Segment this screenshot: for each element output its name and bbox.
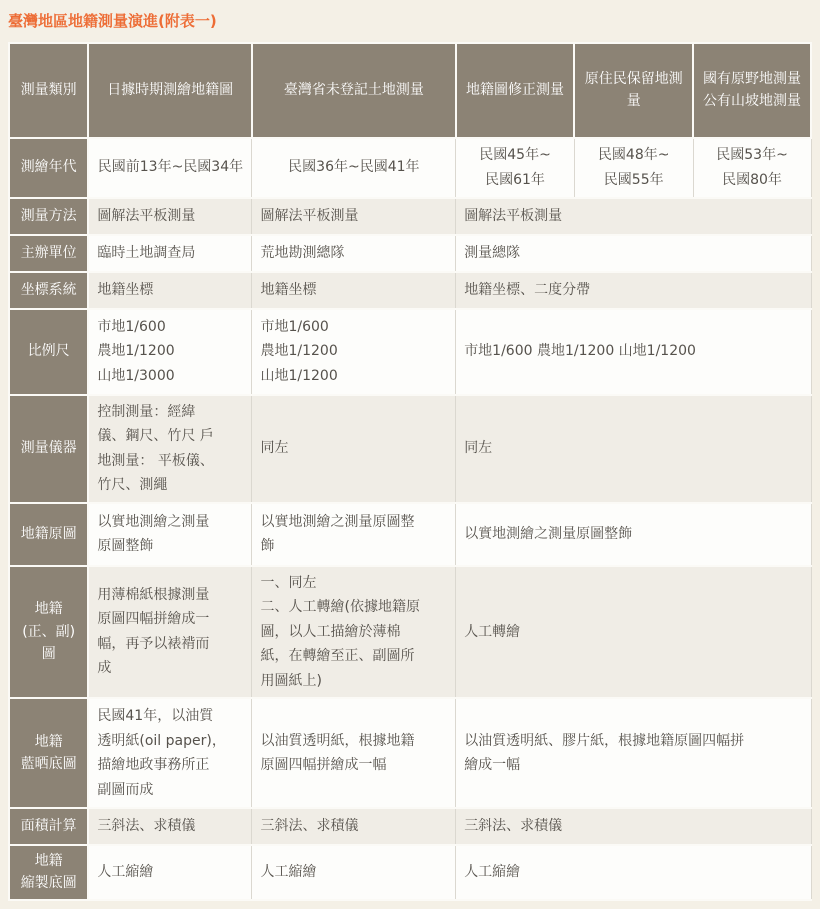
column-header-indigenous-reserve: 原住民保留地測量 bbox=[574, 43, 693, 138]
cell: 控制測量：經緯 儀、鋼尺、竹尺 戶 地測量： 平板儀、 竹尺、測繩 bbox=[88, 395, 252, 503]
table-row-cadastral-maps: 地籍 (正、副) 圖 用薄棉紙根據測量 原圖四幅拼繪成一 幅，再予以裱褙而 成 … bbox=[9, 566, 811, 699]
table-row-original-map: 地籍原圖 以實地測繪之測量 原圖整飾 以實地測繪之測量原圖整 飾 以實地測繪之測… bbox=[9, 503, 811, 566]
cell: 以實地測繪之測量 原圖整飾 bbox=[88, 503, 252, 566]
table-row-instruments: 測量儀器 控制測量：經緯 儀、鋼尺、竹尺 戶 地測量： 平板儀、 竹尺、測繩 同… bbox=[9, 395, 811, 503]
cell: 地籍坐標 bbox=[252, 272, 456, 309]
cell: 以油質透明紙、膠片紙，根據地籍原圖四幅拼 繪成一幅 bbox=[456, 698, 811, 808]
cell: 同左 bbox=[252, 395, 456, 503]
table-row-coordinate-system: 坐標系統 地籍坐標 地籍坐標 地籍坐標、二度分帶 bbox=[9, 272, 811, 309]
header-row: 測量類別 日據時期測繪地籍圖 臺灣省未登記土地測量 地籍圖修正測量 原住民保留地… bbox=[9, 43, 811, 138]
cell: 民國36年~民國41年 bbox=[252, 138, 456, 198]
cell: 地籍坐標 bbox=[88, 272, 252, 309]
cell: 測量總隊 bbox=[456, 235, 811, 272]
row-label: 地籍 縮製底圖 bbox=[9, 845, 88, 900]
column-header-category: 測量類別 bbox=[9, 43, 88, 138]
page-title: 臺灣地區地籍測量演進(附表一) bbox=[8, 12, 812, 32]
cell: 民國53年~ 民國80年 bbox=[693, 138, 811, 198]
cell: 荒地勘測總隊 bbox=[252, 235, 456, 272]
cell: 三斜法、求積儀 bbox=[456, 808, 811, 845]
row-label: 主辦單位 bbox=[9, 235, 88, 272]
cell: 人工縮繪 bbox=[88, 845, 252, 900]
cell: 人工縮繪 bbox=[252, 845, 456, 900]
cell: 以油質透明紙，根據地籍 原圖四幅拼繪成一幅 bbox=[252, 698, 456, 808]
cell: 市地1/600 農地1/1200 山地1/3000 bbox=[88, 309, 252, 395]
cell: 人工縮繪 bbox=[456, 845, 811, 900]
table-row-organizer: 主辦單位 臨時土地調查局 荒地勘測總隊 測量總隊 bbox=[9, 235, 811, 272]
cell: 市地1/600 農地1/1200 山地1/1200 bbox=[252, 309, 456, 395]
cell: 民國前13年~民國34年 bbox=[88, 138, 252, 198]
table-row-survey-era: 測繪年代 民國前13年~民國34年 民國36年~民國41年 民國45年~ 民國6… bbox=[9, 138, 811, 198]
cell: 民國48年~ 民國55年 bbox=[574, 138, 693, 198]
row-label: 地籍原圖 bbox=[9, 503, 88, 566]
cell: 圖解法平板測量 bbox=[88, 198, 252, 235]
cell: 民國41年，以油質 透明紙(oil paper)， 描繪地政事務所正 副圖而成 bbox=[88, 698, 252, 808]
row-label: 測量方法 bbox=[9, 198, 88, 235]
row-label: 面積計算 bbox=[9, 808, 88, 845]
table-row-reduced-base-map: 地籍 縮製底圖 人工縮繪 人工縮繪 人工縮繪 bbox=[9, 845, 811, 900]
row-label: 地籍 (正、副) 圖 bbox=[9, 566, 88, 699]
cell: 以實地測繪之測量原圖整飾 bbox=[456, 503, 811, 566]
cell: 一、同左 二、人工轉繪(依據地籍原 圖，以人工描繪於薄棉 紙，在轉繪至正、副圖所… bbox=[252, 566, 456, 699]
row-label: 比例尺 bbox=[9, 309, 88, 395]
column-header-map-revision: 地籍圖修正測量 bbox=[456, 43, 575, 138]
cell: 市地1/600 農地1/1200 山地1/1200 bbox=[456, 309, 811, 395]
cell: 地籍坐標、二度分帶 bbox=[456, 272, 811, 309]
table-row-scale: 比例尺 市地1/600 農地1/1200 山地1/3000 市地1/600 農地… bbox=[9, 309, 811, 395]
column-header-national-wilderness: 國有原野地測量 公有山坡地測量 bbox=[693, 43, 811, 138]
column-header-japanese-era: 日據時期測繪地籍圖 bbox=[88, 43, 252, 138]
table-row-area-calculation: 面積計算 三斜法、求積儀 三斜法、求積儀 三斜法、求積儀 bbox=[9, 808, 811, 845]
cell: 用薄棉紙根據測量 原圖四幅拼繪成一 幅，再予以裱褙而 成 bbox=[88, 566, 252, 699]
cell: 民國45年~ 民國61年 bbox=[456, 138, 575, 198]
cell: 人工轉繪 bbox=[456, 566, 811, 699]
cell: 臨時土地調查局 bbox=[88, 235, 252, 272]
cell: 圖解法平板測量 bbox=[456, 198, 811, 235]
cell: 三斜法、求積儀 bbox=[252, 808, 456, 845]
cell: 以實地測繪之測量原圖整 飾 bbox=[252, 503, 456, 566]
table-row-survey-method: 測量方法 圖解法平板測量 圖解法平板測量 圖解法平板測量 bbox=[9, 198, 811, 235]
row-label: 坐標系統 bbox=[9, 272, 88, 309]
column-header-unregistered-land: 臺灣省未登記土地測量 bbox=[252, 43, 456, 138]
row-label: 地籍 藍晒底圖 bbox=[9, 698, 88, 808]
survey-evolution-table: 測量類別 日據時期測繪地籍圖 臺灣省未登記土地測量 地籍圖修正測量 原住民保留地… bbox=[8, 42, 812, 901]
row-label: 測量儀器 bbox=[9, 395, 88, 503]
cell: 同左 bbox=[456, 395, 811, 503]
cell: 圖解法平板測量 bbox=[252, 198, 456, 235]
cell: 三斜法、求積儀 bbox=[88, 808, 252, 845]
row-label: 測繪年代 bbox=[9, 138, 88, 198]
table-row-blueprint-base-map: 地籍 藍晒底圖 民國41年，以油質 透明紙(oil paper)， 描繪地政事務… bbox=[9, 698, 811, 808]
